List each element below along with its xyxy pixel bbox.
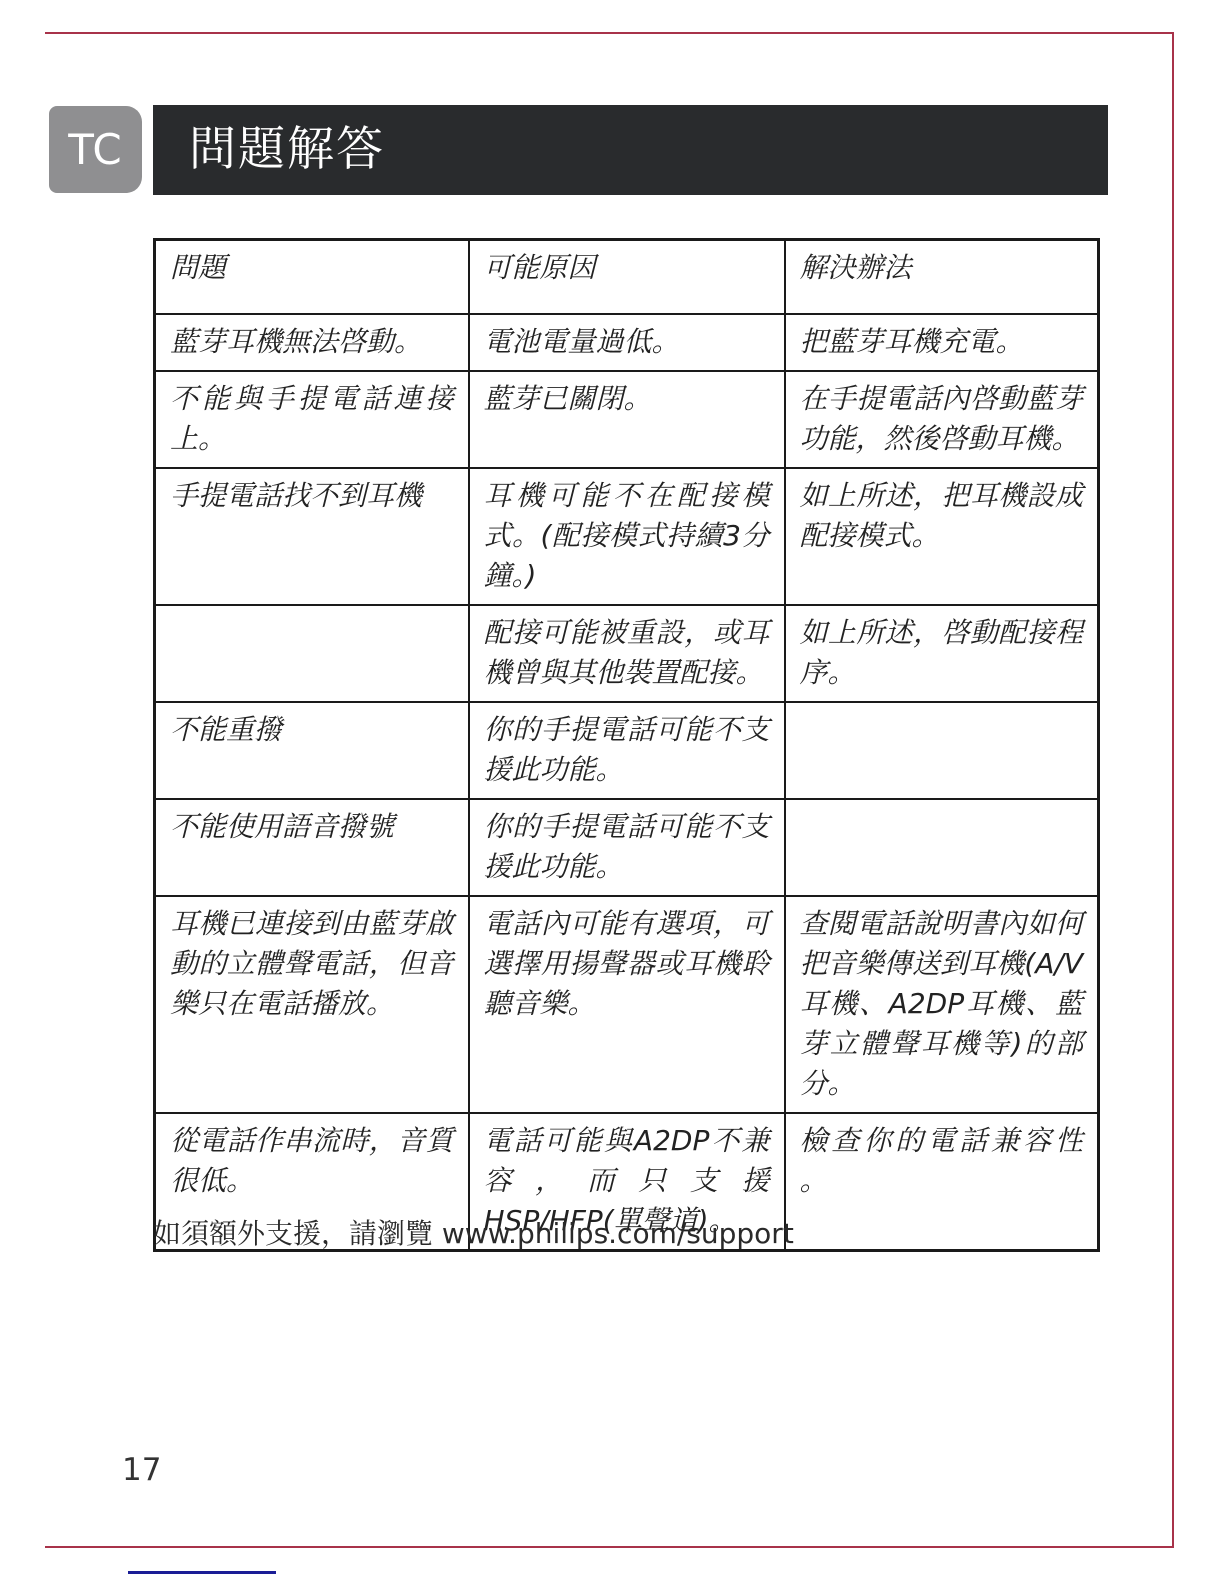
support-url: www.philips.com/support — [442, 1217, 794, 1250]
column-header-solution: 解決辦法 — [785, 240, 1099, 315]
table-cell-problem: 不能重撥 — [155, 702, 469, 799]
section-title-bar: 問題解答 — [153, 105, 1108, 195]
footer-blue-line — [128, 1571, 276, 1574]
table-row: 手提電話找不到耳機 耳機可能不在配接模式。(配接模式持續3分鐘。) 如上所述，把… — [155, 468, 1099, 605]
table-row: 不能重撥 你的手提電話可能不支援此功能。 — [155, 702, 1099, 799]
table-cell-cause: 你的手提電話可能不支援此功能。 — [469, 799, 785, 896]
table-cell-problem: 不能與手提電話連接上。 — [155, 371, 469, 468]
table-row: 配接可能被重設，或耳機曾與其他裝置配接。 如上所述，啓動配接程序。 — [155, 605, 1099, 702]
table-cell-solution: 如上所述，啓動配接程序。 — [785, 605, 1099, 702]
table-cell-cause: 藍芽已關閉。 — [469, 371, 785, 468]
language-badge: TC — [49, 106, 142, 193]
page-title: 問題解答 — [153, 105, 385, 195]
top-border-line — [45, 32, 1174, 34]
table-cell-solution: 檢查你的電話兼容性 。 — [785, 1113, 1099, 1251]
table-row: 耳機已連接到由藍芽啟動的立體聲電話，但音樂只在電話播放。 電話內可能有選項，可選… — [155, 896, 1099, 1113]
table-cell-cause: 電話內可能有選項，可選擇用揚聲器或耳機聆聽音樂。 — [469, 896, 785, 1113]
table-header-row: 問題 可能原因 解決辦法 — [155, 240, 1099, 315]
table-cell-problem: 手提電話找不到耳機 — [155, 468, 469, 605]
table-cell-cause: 配接可能被重設，或耳機曾與其他裝置配接。 — [469, 605, 785, 702]
table-row: 藍芽耳機無法啓動。 電池電量過低。 把藍芽耳機充電。 — [155, 314, 1099, 371]
table-cell-solution: 把藍芽耳機充電。 — [785, 314, 1099, 371]
column-header-cause: 可能原因 — [469, 240, 785, 315]
page-number: 17 — [122, 1452, 161, 1488]
bottom-border-line — [45, 1546, 1174, 1548]
table-cell-solution: 在手提電話內啓動藍芽功能，然後啓動耳機。 — [785, 371, 1099, 468]
table-cell-problem: 藍芽耳機無法啓動。 — [155, 314, 469, 371]
table-cell-cause: 電池電量過低。 — [469, 314, 785, 371]
support-note: 如須額外支援，請瀏覽 www.philips.com/support — [153, 1212, 794, 1252]
table-row: 不能使用語音撥號 你的手提電話可能不支援此功能。 — [155, 799, 1099, 896]
table-cell-problem — [155, 605, 469, 702]
table-cell-problem: 不能使用語音撥號 — [155, 799, 469, 896]
table-cell-solution: 如上所述，把耳機設成配接模式。 — [785, 468, 1099, 605]
right-border-line — [1172, 32, 1174, 1548]
troubleshooting-table: 問題 可能原因 解決辦法 藍芽耳機無法啓動。 電池電量過低。 把藍芽耳機充電。 … — [153, 238, 1100, 1252]
table-cell-problem: 耳機已連接到由藍芽啟動的立體聲電話，但音樂只在電話播放。 — [155, 896, 469, 1113]
support-note-text: 如須額外支援，請瀏覽 — [153, 1217, 442, 1250]
table-cell-solution — [785, 799, 1099, 896]
table-cell-cause: 你的手提電話可能不支援此功能。 — [469, 702, 785, 799]
column-header-problem: 問題 — [155, 240, 469, 315]
table-cell-solution — [785, 702, 1099, 799]
table-cell-solution: 查閱電話說明書內如何把音樂傳送到耳機(A/V耳機、A2DP耳機、藍芽立體聲耳機等… — [785, 896, 1099, 1113]
table-row: 不能與手提電話連接上。 藍芽已關閉。 在手提電話內啓動藍芽功能，然後啓動耳機。 — [155, 371, 1099, 468]
table-cell-cause: 耳機可能不在配接模式。(配接模式持續3分鐘。) — [469, 468, 785, 605]
